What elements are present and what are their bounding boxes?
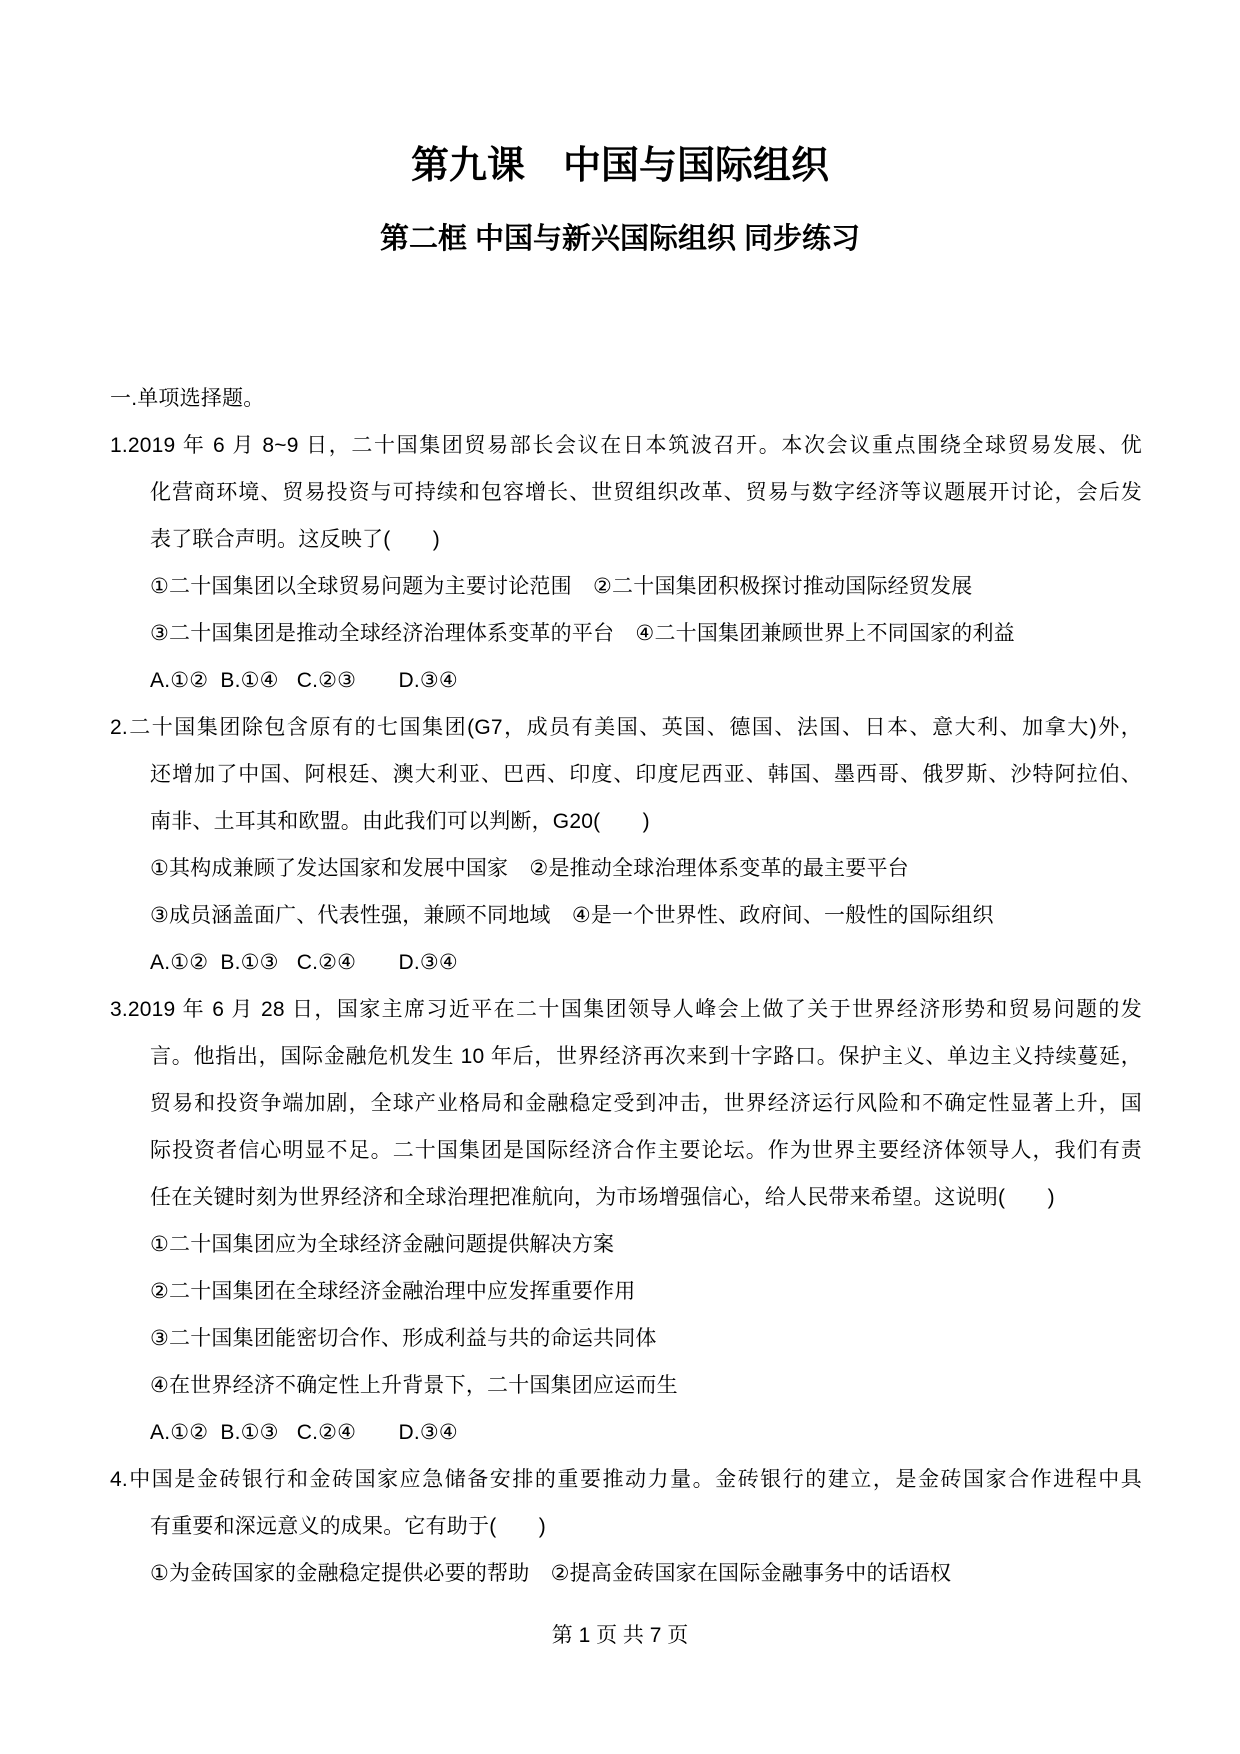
page-title: 第九课 中国与国际组织 — [0, 141, 1240, 191]
q3-stem-line-3: 贸易和投资争端加剧，全球产业格局和金融稳定受到冲击，世界经济运行风险和不确定性显… — [110, 1080, 1142, 1127]
q1-stem-line-3: 表了联合声明。这反映了( ) — [110, 516, 1142, 563]
page-subtitle: 第二框 中国与新兴国际组织 同步练习 — [0, 219, 1240, 259]
questions-body: 一.单项选择题。 1.2019 年 6 月 8~9 日，二十国集团贸易部长会议在… — [110, 375, 1142, 1597]
section-heading: 一.单项选择题。 — [110, 375, 1142, 422]
q3-option-3: ③二十国集团能密切合作、形成利益与共的命运共同体 — [110, 1315, 1142, 1362]
document-page: 第九课 中国与国际组织 第二框 中国与新兴国际组织 同步练习 一.单项选择题。 … — [0, 0, 1240, 1754]
page-footer: 第 1 页 共 7 页 — [0, 1612, 1240, 1659]
q4-options-line-1: ①为金砖国家的金融稳定提供必要的帮助 ②提高金砖国家在国际金融事务中的话语权 — [110, 1550, 1142, 1597]
q2-answer-choices: A.①② B.①③ C.②④ D.③④ — [110, 939, 1142, 986]
q3-stem-line-5: 任在关键时刻为世界经济和全球治理把准航向，为市场增强信心，给人民带来希望。这说明… — [110, 1174, 1142, 1221]
q1-stem-line-2: 化营商环境、贸易投资与可持续和包容增长、世贸组织改革、贸易与数字经济等议题展开讨… — [110, 469, 1142, 516]
q2-options-line-2: ③成员涵盖面广、代表性强，兼顾不同地域 ④是一个世界性、政府间、一般性的国际组织 — [110, 892, 1142, 939]
q2-options-line-1: ①其构成兼顾了发达国家和发展中国家 ②是推动全球治理体系变革的最主要平台 — [110, 845, 1142, 892]
q3-option-1: ①二十国集团应为全球经济金融问题提供解决方案 — [110, 1221, 1142, 1268]
q1-options-line-1: ①二十国集团以全球贸易问题为主要讨论范围 ②二十国集团积极探讨推动国际经贸发展 — [110, 563, 1142, 610]
q4-stem-line-2: 有重要和深远意义的成果。它有助于( ) — [110, 1503, 1142, 1550]
q2-stem-line-3: 南非、土耳其和欧盟。由此我们可以判断，G20( ) — [110, 798, 1142, 845]
q3-option-4: ④在世界经济不确定性上升背景下，二十国集团应运而生 — [110, 1362, 1142, 1409]
q2-stem-line-1: 2.二十国集团除包含原有的七国集团(G7，成员有美国、英国、德国、法国、日本、意… — [110, 704, 1142, 751]
q2-stem-line-2: 还增加了中国、阿根廷、澳大利亚、巴西、印度、印度尼西亚、韩国、墨西哥、俄罗斯、沙… — [110, 751, 1142, 798]
q3-answer-choices: A.①② B.①③ C.②④ D.③④ — [110, 1409, 1142, 1456]
q3-stem-line-1: 3.2019 年 6 月 28 日，国家主席习近平在二十国集团领导人峰会上做了关… — [110, 986, 1142, 1033]
q3-option-2: ②二十国集团在全球经济金融治理中应发挥重要作用 — [110, 1268, 1142, 1315]
q3-stem-line-2: 言。他指出，国际金融危机发生 10 年后，世界经济再次来到十字路口。保护主义、单… — [110, 1033, 1142, 1080]
q3-stem-line-4: 际投资者信心明显不足。二十国集团是国际经济合作主要论坛。作为世界主要经济体领导人… — [110, 1127, 1142, 1174]
q1-options-line-2: ③二十国集团是推动全球经济治理体系变革的平台 ④二十国集团兼顾世界上不同国家的利… — [110, 610, 1142, 657]
q1-answer-choices: A.①② B.①④ C.②③ D.③④ — [110, 657, 1142, 704]
q4-stem-line-1: 4.中国是金砖银行和金砖国家应急储备安排的重要推动力量。金砖银行的建立，是金砖国… — [110, 1456, 1142, 1503]
q1-stem-line-1: 1.2019 年 6 月 8~9 日，二十国集团贸易部长会议在日本筑波召开。本次… — [110, 422, 1142, 469]
